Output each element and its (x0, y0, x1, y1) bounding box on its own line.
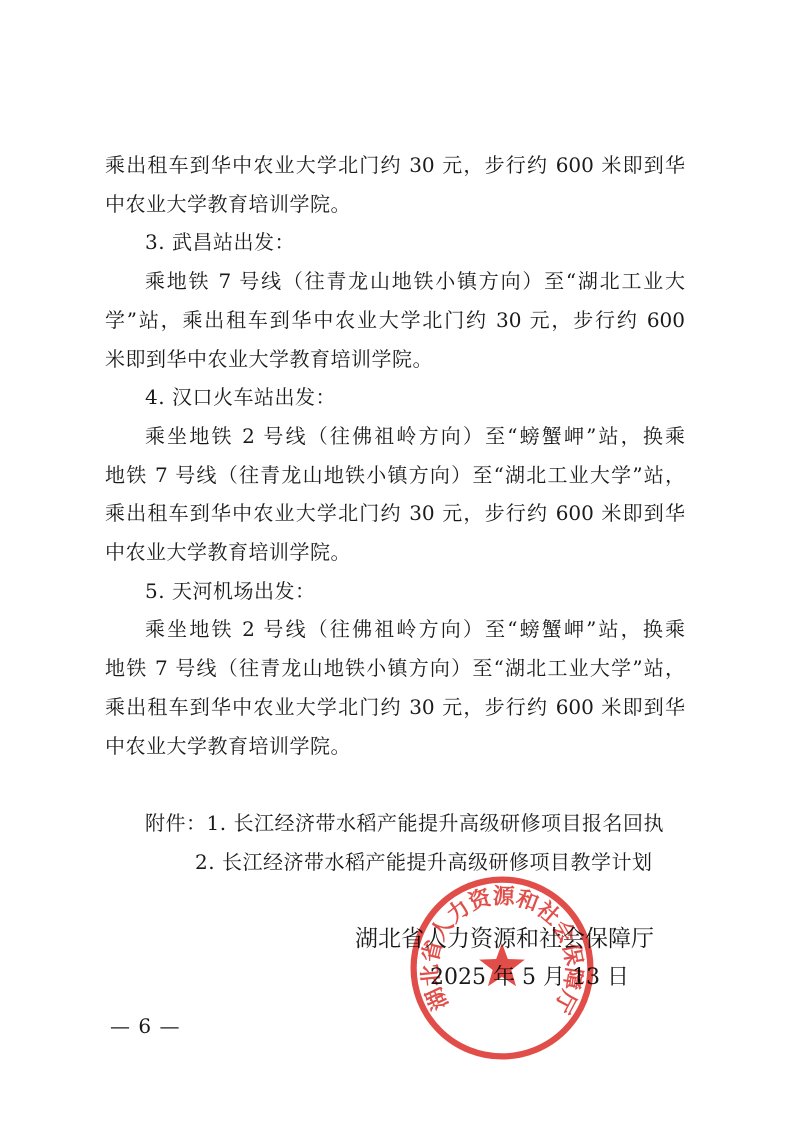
body-line-7: 4. 汉口火车站出发： (105, 378, 685, 417)
blank-line (105, 881, 685, 920)
body-line-11: 中农业大学教育培训学院。 (105, 533, 685, 572)
body-line-9: 地铁 7 号线（往青龙山地铁小镇方向）至“湖北工业大学”站， (105, 456, 685, 495)
signature-organization: 湖北省人力资源和社会保障厅 (105, 920, 685, 959)
body-line-1: 乘出租车到华中农业大学北门约 30 元，步行约 600 米即到华 (105, 146, 685, 185)
body-line-6: 米即到华中农业大学教育培训学院。 (105, 340, 685, 379)
document-body: 乘出租车到华中农业大学北门约 30 元，步行约 600 米即到华 中农业大学教育… (105, 146, 685, 997)
body-line-16: 中农业大学教育培训学院。 (105, 727, 685, 766)
body-line-5: 学”站，乘出租车到华中农业大学北门约 30 元，步行约 600 (105, 301, 685, 340)
body-line-3: 3. 武昌站出发： (105, 223, 685, 262)
signature-date: 2025 年 5 月 13 日 (105, 959, 685, 998)
body-line-12: 5. 天河机场出发： (105, 572, 685, 611)
body-line-10: 乘出租车到华中农业大学北门约 30 元，步行约 600 米即到华 (105, 494, 685, 533)
body-line-15: 乘出租车到华中农业大学北门约 30 元，步行约 600 米即到华 (105, 688, 685, 727)
attachment-line-1: 附件：1. 长江经济带水稻产能提升高级研修项目报名回执 (105, 804, 685, 843)
body-line-8: 乘坐地铁 2 号线（往佛祖岭方向）至“螃蟹岬”站，换乘 (105, 417, 685, 456)
attachment-line-2: 2. 长江经济带水稻产能提升高级研修项目教学计划 (105, 843, 685, 882)
blank-line (105, 765, 685, 804)
body-line-13: 乘坐地铁 2 号线（往佛祖岭方向）至“螃蟹岬”站，换乘 (105, 610, 685, 649)
page-number: — 6 — (110, 1012, 180, 1040)
body-line-4: 乘地铁 7 号线（往青龙山地铁小镇方向）至“湖北工业大 (105, 262, 685, 301)
body-line-14: 地铁 7 号线（往青龙山地铁小镇方向）至“湖北工业大学”站， (105, 649, 685, 688)
body-line-2: 中农业大学教育培训学院。 (105, 185, 685, 224)
document-page: 乘出租车到华中农业大学北门约 30 元，步行约 600 米即到华 中农业大学教育… (0, 0, 793, 1121)
